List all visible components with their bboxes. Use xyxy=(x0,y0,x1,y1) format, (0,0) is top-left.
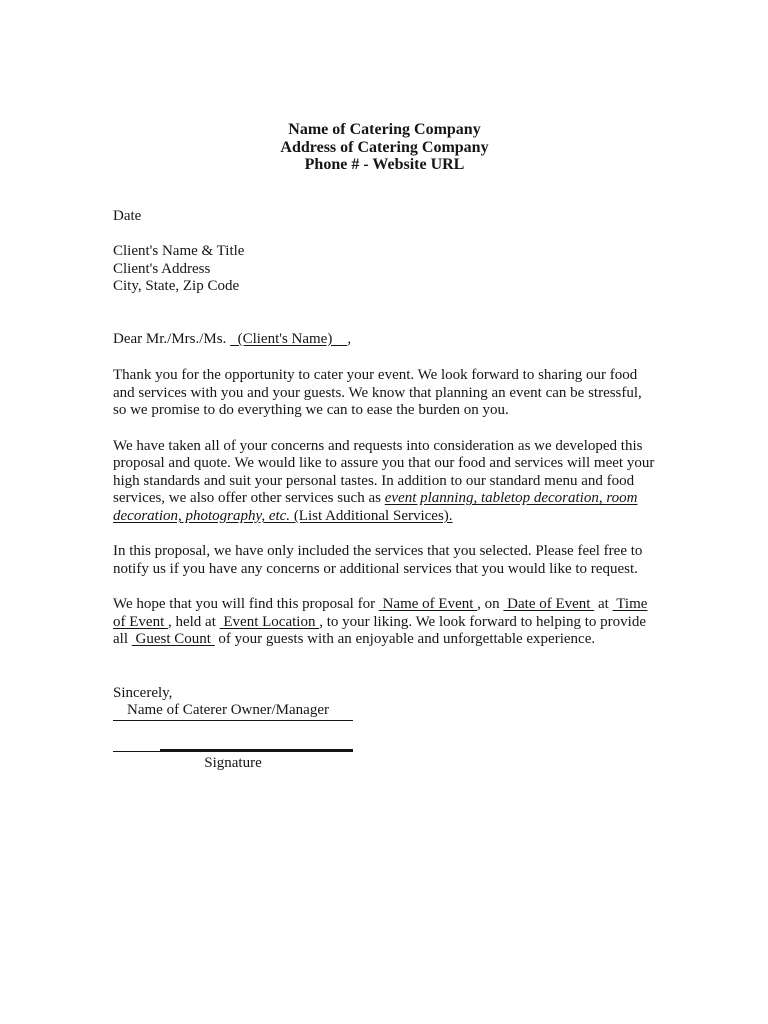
salutation-prefix: Dear Mr./Mrs./Ms. xyxy=(113,331,230,347)
paragraph-event-details: We hope that you will find this proposal… xyxy=(113,596,656,649)
event-name-blank: Name of Event xyxy=(379,596,477,612)
event-details-text-6: of your guests with an enjoyable and unf… xyxy=(215,631,595,647)
signature-block: Signature xyxy=(113,749,353,773)
signature-line xyxy=(113,749,353,752)
recipient-block: Client's Name & Title Client's Address C… xyxy=(113,243,656,296)
letter-page: Name of Catering Company Address of Cate… xyxy=(0,0,768,1024)
list-additional-services-note: (List Additional Services). xyxy=(290,508,452,524)
letterhead-phone-website: Phone # - Website URL xyxy=(113,156,656,174)
event-date-blank: Date of Event xyxy=(503,596,594,612)
salutation-line: Dear Mr./Mrs./Ms. (Client's Name) , xyxy=(113,331,656,349)
client-name-blank: (Client's Name) xyxy=(230,331,347,347)
closing-sincerely: Sincerely, xyxy=(113,685,656,703)
recipient-name-title: Client's Name & Title xyxy=(113,243,656,261)
paragraph-selected-services: In this proposal, we have only included … xyxy=(113,543,656,578)
signature-label: Signature xyxy=(113,755,353,773)
paragraph-services: We have taken all of your concerns and r… xyxy=(113,438,656,526)
salutation-comma: , xyxy=(347,331,351,347)
event-details-text-2: , on xyxy=(477,596,503,612)
signature-line-thick-segment xyxy=(160,749,353,752)
letterhead-company-name: Name of Catering Company xyxy=(113,121,656,139)
signature-line-thin-segment xyxy=(113,751,160,752)
event-details-text-1: We hope that you will find this proposal… xyxy=(113,596,379,612)
event-location-blank: Event Location xyxy=(220,614,320,630)
date-placeholder: Date xyxy=(113,208,656,226)
event-details-text-4: , held at xyxy=(168,614,220,630)
letterhead-address: Address of Catering Company xyxy=(113,139,656,157)
letterhead: Name of Catering Company Address of Cate… xyxy=(113,121,656,174)
closing-block: Sincerely, Name of Caterer Owner/Manager xyxy=(113,685,656,721)
paragraph-thank-you: Thank you for the opportunity to cater y… xyxy=(113,367,656,420)
caterer-name-placeholder: Name of Caterer Owner/Manager xyxy=(113,702,353,721)
recipient-address: Client's Address xyxy=(113,261,656,279)
guest-count-blank: Guest Count xyxy=(132,631,215,647)
caterer-name-line-wrap: Name of Caterer Owner/Manager xyxy=(113,702,656,721)
event-details-text-3: at xyxy=(594,596,612,612)
recipient-city-state-zip: City, State, Zip Code xyxy=(113,278,656,296)
